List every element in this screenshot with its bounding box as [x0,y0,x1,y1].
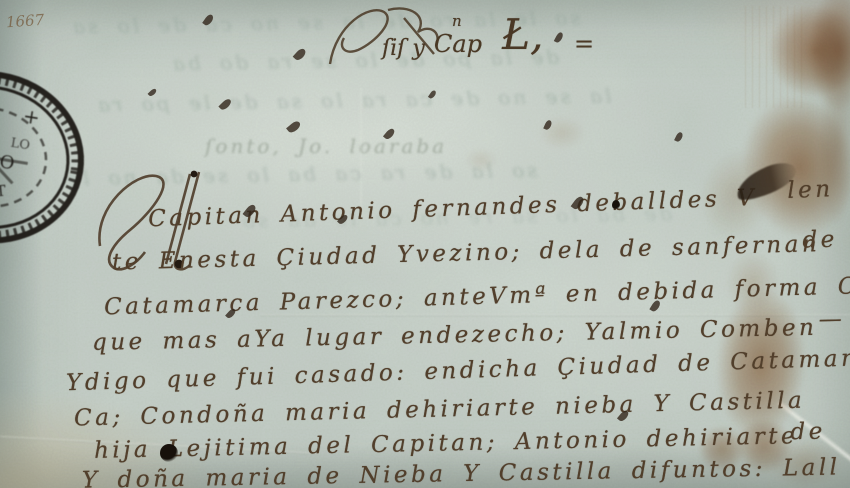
manuscript-photo: so le la ro de la se no ca de lo sa de l… [0,0,850,488]
paper-mottle [0,0,850,488]
